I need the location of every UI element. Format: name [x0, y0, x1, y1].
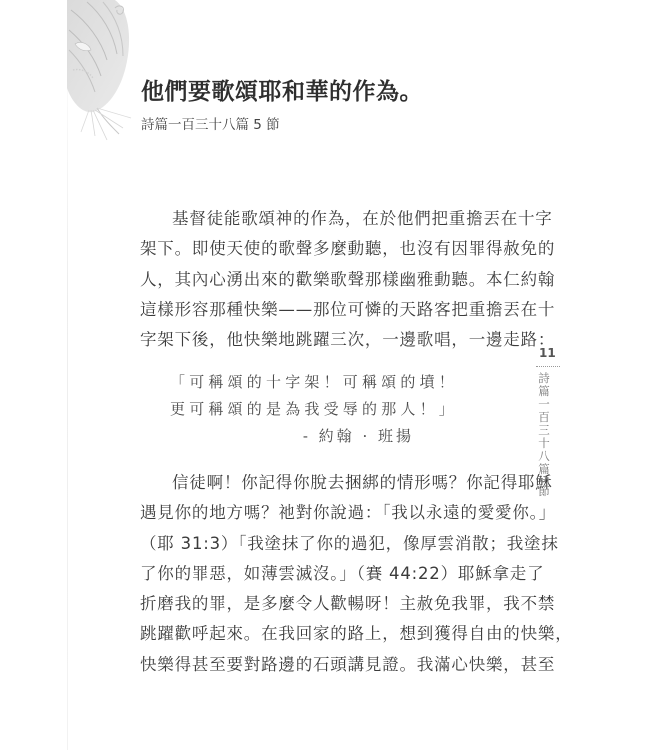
paragraph-line: 基督徒能歌頌神的作為，在於他們把重擔丟在十字: [140, 204, 510, 234]
quote-line: 更可稱頌的是為我受辱的那人！」: [170, 396, 416, 423]
paragraph-line: （耶 31:3）「我塗抹了你的過犯，像厚雲消散；我塗抹: [140, 529, 510, 559]
dotted-divider: [536, 366, 560, 367]
quote-author: - 約翰 · 班揚: [170, 423, 416, 450]
scripture-reference: 詩篇一百三十八篇 5 節: [141, 115, 280, 135]
paragraph-line: 這樣形容那種快樂——那位可憐的天路客把重擔丟在十: [140, 295, 510, 325]
page-number: 11: [536, 346, 562, 360]
paragraph-line: 架下。即使天使的歌聲多麼動聽，也沒有因罪得赦免的: [140, 234, 510, 264]
paragraph-line: 信徒啊！你記得你脫去捆綁的情形嗎？你記得耶穌: [140, 468, 510, 498]
paragraph-line: 快樂得甚至要對路邊的石頭講見證。我滿心快樂，甚至: [140, 650, 510, 680]
quote-line: 「可稱頌的十字架！可稱頌的墳！: [170, 369, 416, 396]
paragraph-line: 遇見你的地方嗎？祂對你說過：「我以永遠的愛愛你。」: [140, 498, 510, 528]
side-reference: 詩篇一百三十八篇5節: [537, 372, 551, 498]
paragraph-line: 了你的罪惡，如薄雲滅沒。」（賽 44:22）耶穌拿走了: [140, 559, 510, 589]
paragraph-1: 基督徒能歌頌神的作為，在於他們把重擔丟在十字 架下。即使天使的歌聲多麼動聽，也沒…: [140, 204, 510, 355]
paragraph-line: 跳躍歡呼起來。在我回家的路上，想到獲得自由的快樂，: [140, 619, 510, 649]
paragraph-line: 字架下後，他快樂地跳躍三次，一邊歌唱，一邊走路：: [140, 325, 510, 355]
paragraph-line: 折磨我的罪，是多麼令人歡暢呀！主赦免我罪，我不禁: [140, 589, 510, 619]
side-tab: 11 詩篇一百三十八篇5節: [536, 346, 562, 498]
page-title: 他們要歌頌耶和華的作為。: [141, 76, 423, 108]
quote-block: 「可稱頌的十字架！可稱頌的墳！ 更可稱頌的是為我受辱的那人！」 - 約翰 · 班…: [170, 369, 416, 450]
paragraph-line: 人，其內心湧出來的歡樂歌聲那樣幽雅動聽。本仁約翰: [140, 265, 510, 295]
paragraph-2: 信徒啊！你記得你脫去捆綁的情形嗎？你記得耶穌 遇見你的地方嗎？祂對你說過：「我以…: [140, 468, 510, 680]
